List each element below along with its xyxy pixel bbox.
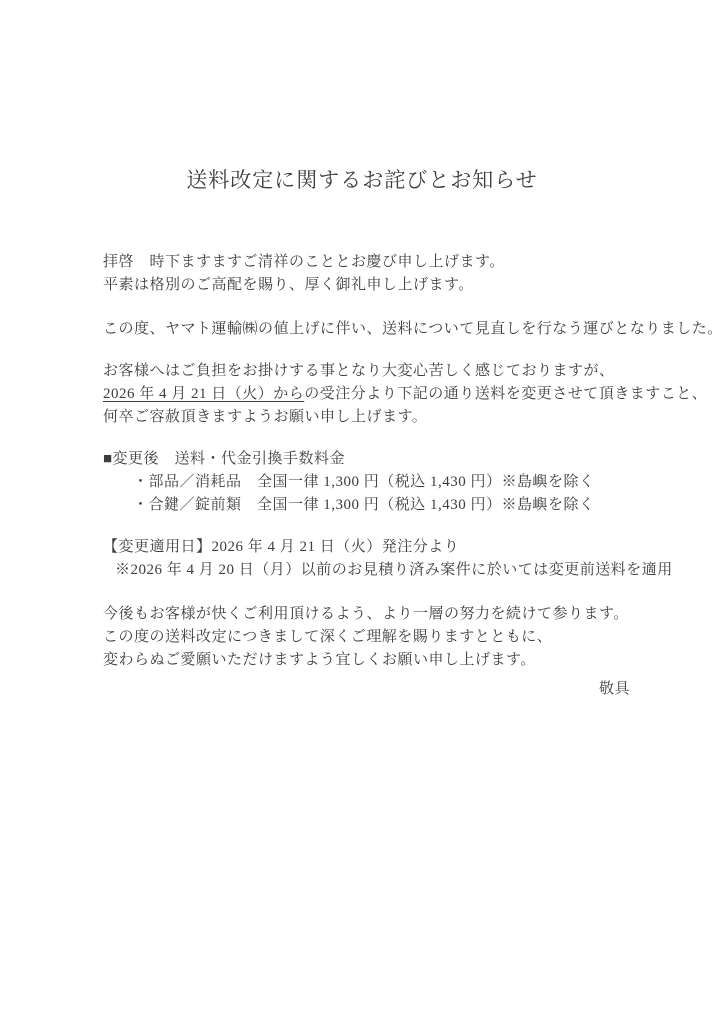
notice-line-3: 何卒ご容赦頂きますようお願い申し上げます。 <box>103 406 630 429</box>
effective-date-underlined-text: 2026 年 4 月 21 日（火）から <box>103 386 304 402</box>
notice-paragraph: お客様へはご負担をお掛けする事となり大変心苦しく感じておりますが、 2026 年… <box>103 360 630 429</box>
fee-item-parts: ・部品／消耗品 全国一律 1,300 円（税込 1,430 円）※島嶼を除く <box>103 471 630 494</box>
document-page: 送料改定に関するお詫びとお知らせ 拝啓 時下ますますご清祥のこととお慶び申し上げ… <box>0 0 724 1024</box>
closing-line-2: この度の送料改定につきまして深くご理解を賜りますとともに、 <box>103 626 630 649</box>
document-body: 拝啓 時下ますますご清祥のこととお慶び申し上げます。 平素は格別のご高配を賜り、… <box>0 251 724 701</box>
fee-section: ■変更後 送料・代金引換手数料金 ・部品／消耗品 全国一律 1,300 円（税込… <box>103 448 630 517</box>
fee-section-heading: ■変更後 送料・代金引換手数料金 <box>103 448 630 471</box>
closing-paragraph: 今後もお客様が快くご利用頂けるよう、より一層の努力を続けて参ります。 この度の送… <box>103 603 630 672</box>
sign-off: 敬具 <box>103 678 630 701</box>
greeting-paragraph: 拝啓 時下ますますご清祥のこととお慶び申し上げます。 平素は格別のご高配を賜り、… <box>103 251 630 297</box>
notice-line-2-rest: の受注分より下記の通り送料を変更させて頂きますこと、 <box>304 386 707 402</box>
notice-line-1: お客様へはご負担をお掛けする事となり大変心苦しく感じておりますが、 <box>103 360 630 383</box>
sign-off-text: 敬具 <box>599 681 630 697</box>
intro-line-1: この度、ヤマト運輸㈱の値上げに伴い、送料について見直しを行なう運びとなりました。 <box>103 318 630 341</box>
effective-date-section: 【変更適用日】2026 年 4 月 21 日（火）発注分より ※2026 年 4… <box>103 536 630 582</box>
closing-line-3: 変わらぬご愛願いただけますよう宜しくお願い申し上げます。 <box>103 649 630 672</box>
document-title: 送料改定に関するお詫びとお知らせ <box>0 166 724 194</box>
fee-item-keys: ・合鍵／錠前類 全国一律 1,300 円（税込 1,430 円）※島嶼を除く <box>103 494 630 517</box>
greeting-line-1: 拝啓 時下ますますご清祥のこととお慶び申し上げます。 <box>103 251 630 274</box>
notice-line-2: 2026 年 4 月 21 日（火）からの受注分より下記の通り送料を変更させて頂… <box>103 383 630 406</box>
intro-paragraph: この度、ヤマト運輸㈱の値上げに伴い、送料について見直しを行なう運びとなりました。 <box>103 318 630 341</box>
greeting-line-2: 平素は格別のご高配を賜り、厚く御礼申し上げます。 <box>103 274 630 297</box>
effective-date-note: ※2026 年 4 月 20 日（月）以前のお見積り済み案件に於いては変更前送料… <box>103 559 630 582</box>
effective-date-line: 【変更適用日】2026 年 4 月 21 日（火）発注分より <box>103 536 630 559</box>
closing-line-1: 今後もお客様が快くご利用頂けるよう、より一層の努力を続けて参ります。 <box>103 603 630 626</box>
